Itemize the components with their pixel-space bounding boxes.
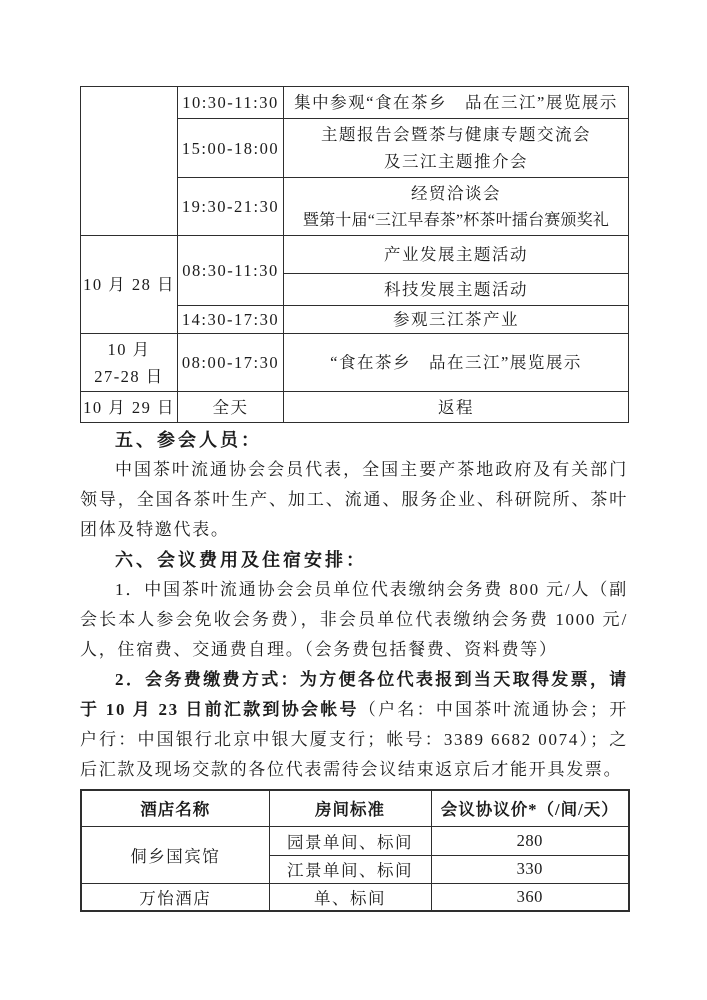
schedule-date-cell: 10 月 29 日 xyxy=(81,392,178,423)
hotel-name-cell: 侗乡国宾馆 xyxy=(81,826,269,883)
hotel-price-cell: 280 xyxy=(431,826,629,855)
schedule-activity-cell: 经贸洽谈会 暨第十届“三江早春茶”杯茶叶擂台赛颁奖礼 xyxy=(284,178,629,236)
schedule-activity-cell: 科技发展主题活动 xyxy=(284,274,629,306)
section-five-paragraph: 中国茶叶流通协会会员代表，全国主要产茶地政府及有关部门领导，全国各茶叶生产、加工… xyxy=(80,455,628,545)
activity-line: 及三江主题推介会 xyxy=(284,148,628,175)
schedule-activity-cell: “食在茶乡 品在三江”展览展示 xyxy=(284,334,629,392)
hotel-room-cell: 单、标间 xyxy=(269,883,431,911)
document-content: 10:30-11:30 集中参观“食在茶乡 品在三江”展览展示 15:00-18… xyxy=(80,86,628,912)
activity-line: 经贸洽谈会 xyxy=(284,180,628,207)
schedule-table: 10:30-11:30 集中参观“食在茶乡 品在三江”展览展示 15:00-18… xyxy=(80,86,629,423)
schedule-time-cell: 全天 xyxy=(178,392,284,423)
schedule-time-cell: 08:00-17:30 xyxy=(178,334,284,392)
hotel-header-row: 酒店名称 房间标准 会议协议价*（/间/天） xyxy=(81,790,629,826)
hotel-room-cell: 园景单间、标间 xyxy=(269,826,431,855)
hotel-header-price: 会议协议价*（/间/天） xyxy=(431,790,629,826)
schedule-time-cell: 19:30-21:30 xyxy=(178,178,284,236)
schedule-time-cell: 15:00-18:00 xyxy=(178,119,284,178)
section-six-item2: 2．会务费缴费方式：为方便各位代表报到当天取得发票，请于 10 月 23 日前汇… xyxy=(80,665,628,785)
hotel-room-cell: 江景单间、标间 xyxy=(269,855,431,883)
hotel-header-room: 房间标准 xyxy=(269,790,431,826)
schedule-row: 10 月 28 日 08:30-11:30 产业发展主题活动 xyxy=(81,236,629,274)
hotel-row: 万怡酒店 单、标间 360 xyxy=(81,883,629,911)
hotel-row: 侗乡国宾馆 园景单间、标间 280 xyxy=(81,826,629,855)
activity-line: 主题报告会暨茶与健康专题交流会 xyxy=(284,121,628,148)
schedule-date-cell xyxy=(81,87,178,236)
schedule-row: 10 月 27-28 日 08:00-17:30 “食在茶乡 品在三江”展览展示 xyxy=(81,334,629,392)
schedule-date-cell: 10 月 27-28 日 xyxy=(81,334,178,392)
schedule-row: 10:30-11:30 集中参观“食在茶乡 品在三江”展览展示 xyxy=(81,87,629,119)
schedule-date-cell: 10 月 28 日 xyxy=(81,236,178,334)
schedule-time-cell: 10:30-11:30 xyxy=(178,87,284,119)
date-line: 10 月 xyxy=(81,336,177,363)
date-line: 27-28 日 xyxy=(81,363,177,390)
schedule-time-cell: 14:30-17:30 xyxy=(178,306,284,334)
hotel-price-cell: 330 xyxy=(431,855,629,883)
section-five-heading: 五、参会人员： xyxy=(80,425,628,455)
section-six-heading: 六、会议费用及住宿安排： xyxy=(80,545,628,575)
hotel-price-cell: 360 xyxy=(431,883,629,911)
schedule-row: 10 月 29 日 全天 返程 xyxy=(81,392,629,423)
section-six-item1: 1．中国茶叶流通协会会员单位代表缴纳会务费 800 元/人（副会长本人参会免收会… xyxy=(80,575,628,665)
schedule-activity-cell: 产业发展主题活动 xyxy=(284,236,629,274)
hotel-name-cell: 万怡酒店 xyxy=(81,883,269,911)
schedule-activity-cell: 参观三江茶产业 xyxy=(284,306,629,334)
schedule-activity-cell: 集中参观“食在茶乡 品在三江”展览展示 xyxy=(284,87,629,119)
schedule-activity-cell: 主题报告会暨茶与健康专题交流会 及三江主题推介会 xyxy=(284,119,629,178)
hotel-table: 酒店名称 房间标准 会议协议价*（/间/天） 侗乡国宾馆 园景单间、标间 280… xyxy=(80,789,630,912)
document-page: 10:30-11:30 集中参观“食在茶乡 品在三江”展览展示 15:00-18… xyxy=(0,0,707,1000)
schedule-time-cell: 08:30-11:30 xyxy=(178,236,284,306)
schedule-activity-cell: 返程 xyxy=(284,392,629,423)
hotel-header-name: 酒店名称 xyxy=(81,790,269,826)
activity-line: 暨第十届“三江早春茶”杯茶叶擂台赛颁奖礼 xyxy=(284,207,628,234)
